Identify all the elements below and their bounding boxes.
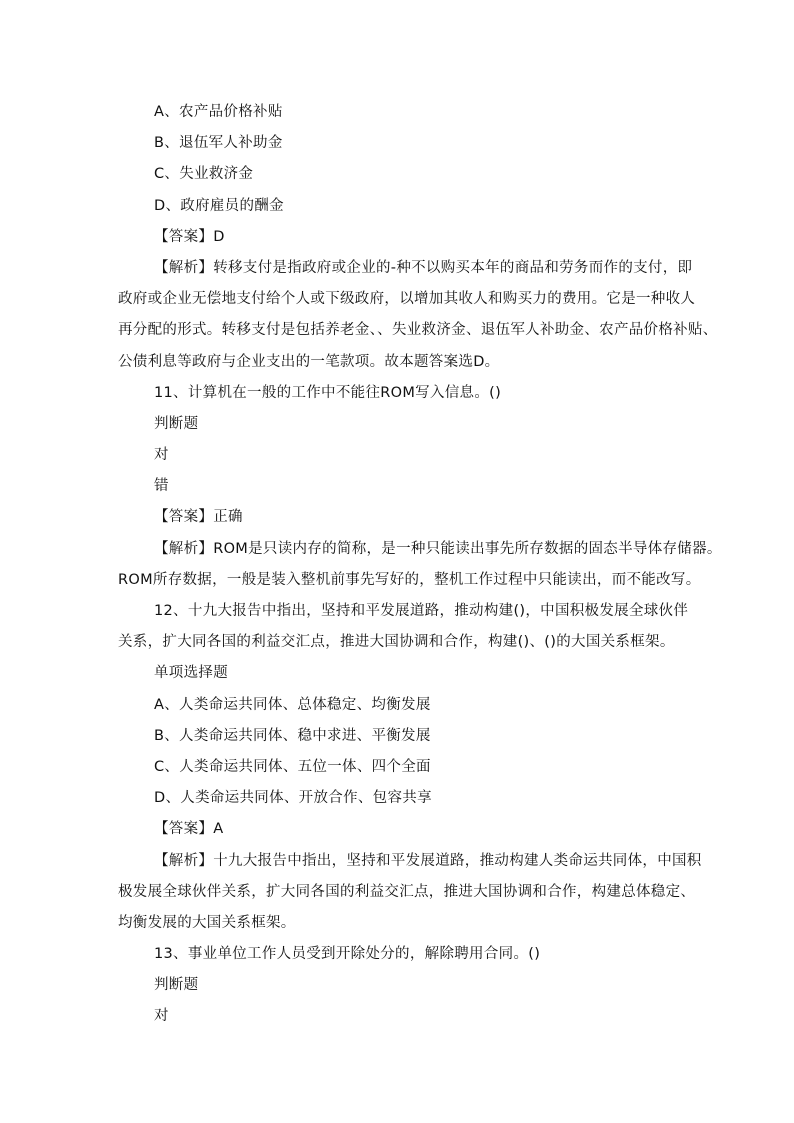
question-line: 11、计算机在一般的工作中不能往ROM写入信息。() xyxy=(118,378,688,409)
option-line: A、农产品价格补贴 xyxy=(118,97,688,128)
explanation-line: 均衡发展的大国关系框架。 xyxy=(118,908,688,939)
explanation-line: 【解析】转移支付是指政府或企业的-种不以购买本年的商品和劳务而作的支付，即 xyxy=(118,253,688,284)
option-line: D、人类命运共同体、开放合作、包容共享 xyxy=(118,783,688,814)
option-line: B、人类命运共同体、稳中求进、平衡发展 xyxy=(118,721,688,752)
explanation-line: 政府或企业无偿地支付给个人或下级政府，以增加其收人和购买力的费用。它是一种收人 xyxy=(118,284,688,315)
answer-line: 【答案】A xyxy=(118,814,688,845)
explanation-line: 【解析】十九大报告中指出，坚持和平发展道路，推动构建人类命运共同体，中国积 xyxy=(118,846,688,877)
explanation-line: ROM所存数据，一般是装入整机前事先写好的，整机工作过程中只能读出，而不能改写。 xyxy=(118,565,688,596)
option-line: D、政府雇员的酬金 xyxy=(118,191,688,222)
question-type-label: 判断题 xyxy=(118,409,688,440)
question-line: 12、十九大报告中指出，坚持和平发展道路，推动构建()，中国积极发展全球伙伴 xyxy=(118,596,688,627)
answer-line: 【答案】D xyxy=(118,222,688,253)
explanation-line: 极发展全球伙伴关系，扩大同各国的利益交汇点，推进大国协调和合作，构建总体稳定、 xyxy=(118,877,688,908)
option-line: C、人类命运共同体、五位一体、四个全面 xyxy=(118,752,688,783)
option-line: 对 xyxy=(118,440,688,471)
explanation-line: 再分配的形式。转移支付是包括养老金、、失业救济金、退伍军人补助金、农产品价格补贴… xyxy=(118,315,688,346)
explanation-line: 公债利息等政府与企业支出的一笔款项。故本题答案选D。 xyxy=(118,347,688,378)
option-line: 错 xyxy=(118,471,688,502)
question-line: 13、事业单位工作人员受到开除处分的，解除聘用合同。() xyxy=(118,939,688,970)
question-type-label: 判断题 xyxy=(118,970,688,1001)
option-line: 对 xyxy=(118,1001,688,1032)
document-page: A、农产品价格补贴 B、退伍军人补助金 C、失业救济金 D、政府雇员的酬金 【答… xyxy=(118,97,688,1033)
explanation-line: 【解析】ROM是只读内存的简称，是一种只能读出事先所存数据的固态半导体存储器。 xyxy=(118,534,688,565)
question-type-label: 单项选择题 xyxy=(118,658,688,689)
answer-line: 【答案】正确 xyxy=(118,502,688,533)
option-line: B、退伍军人补助金 xyxy=(118,128,688,159)
option-line: C、失业救济金 xyxy=(118,159,688,190)
question-line: 关系，扩大同各国的利益交汇点，推进大国协调和合作，构建()、()的大国关系框架。 xyxy=(118,627,688,658)
option-line: A、人类命运共同体、总体稳定、均衡发展 xyxy=(118,690,688,721)
